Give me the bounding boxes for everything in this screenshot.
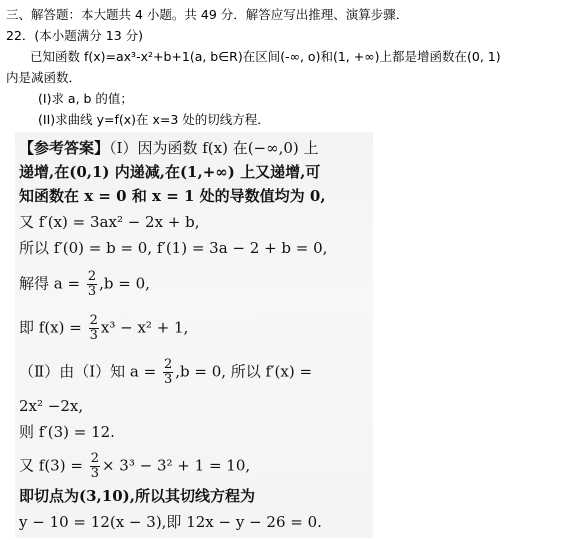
answer-scan-image: 【参考答案】（Ⅰ）因为函数 f(x) 在(−∞,0) 上 递增,在(0,1) 内… (15, 132, 373, 538)
answer-line-7: 即 f(x) = 23x³ − x² + 1, (19, 314, 188, 343)
answer-line-5: 所以 f′(0) = b = 0, f′(1) = 3a − 2 + b = 0… (19, 238, 327, 258)
question-part2: (II)求曲线 y=f(x)在 x=3 处的切线方程． (38, 111, 270, 128)
denominator: 3 (87, 285, 97, 299)
answer-text: ,b = 0, (99, 275, 150, 293)
answer-text: × 3³ − 3² + 1 = 10, (102, 457, 250, 475)
numerator: 2 (163, 358, 173, 373)
answer-line-6: 解得 a = 23,b = 0, (19, 270, 150, 299)
question-part1: (I)求 a, b 的值； (38, 90, 133, 107)
answer-line-12: 即切点为(3,10),所以其切线方程为 (19, 486, 255, 506)
answer-text: 即 f(x) = (19, 319, 82, 337)
answer-line-4: 又 f′(x) = 3ax² − 2x + b, (19, 212, 200, 232)
answer-text: （Ⅱ）由（Ⅰ）知 a = (19, 363, 156, 381)
denominator: 3 (89, 329, 99, 343)
answer-line-9: 2x² −2x, (19, 396, 83, 416)
numerator: 2 (89, 314, 99, 329)
answer-line-8: （Ⅱ）由（Ⅰ）知 a = 23,b = 0, 所以 f′(x) = (19, 358, 312, 387)
fraction-two-thirds: 23 (89, 314, 99, 343)
answer-line-1: 【参考答案】（Ⅰ）因为函数 f(x) 在(−∞,0) 上 (19, 138, 319, 158)
fraction-two-thirds: 23 (163, 358, 173, 387)
section-header: 三、解答题：本大题共 4 小题。共 49 分．解答应写出推理、演算步骤． (6, 6, 408, 23)
numerator: 2 (87, 270, 97, 285)
question-number: 22．(本小题满分 13 分) (6, 27, 143, 44)
answer-text: 又 f(3) = (19, 457, 83, 475)
answer-line-2: 递增,在(0,1) 内递减,在(1,+∞) 上又递增,可 (19, 162, 320, 182)
fraction-two-thirds: 23 (90, 452, 100, 481)
question-stem-line1: 已知函数 f(x)=ax³-x²+b+1(a, b∈R)在区间(-∞, o)和(… (30, 48, 501, 65)
question-stem-line2: 内是减函数． (6, 69, 81, 86)
answer-text: 解得 a = (19, 275, 80, 293)
numerator: 2 (90, 452, 100, 467)
answer-text: （Ⅰ）因为函数 f(x) 在(−∞,0) 上 (109, 139, 319, 157)
answer-line-10: 则 f′(3) = 12. (19, 422, 115, 442)
denominator: 3 (163, 373, 173, 387)
answer-text: x³ − x² + 1, (101, 319, 188, 337)
answer-line-3: 知函数在 x = 0 和 x = 1 处的导数值均为 0, (19, 186, 326, 206)
answer-label: 【参考答案】 (19, 139, 109, 157)
answer-text: ,b = 0, 所以 f′(x) = (175, 363, 312, 381)
answer-line-13: y − 10 = 12(x − 3),即 12x − y − 26 = 0. (19, 512, 322, 532)
fraction-two-thirds: 23 (87, 270, 97, 299)
denominator: 3 (90, 467, 100, 481)
answer-line-11: 又 f(3) = 23× 3³ − 3² + 1 = 10, (19, 452, 250, 481)
